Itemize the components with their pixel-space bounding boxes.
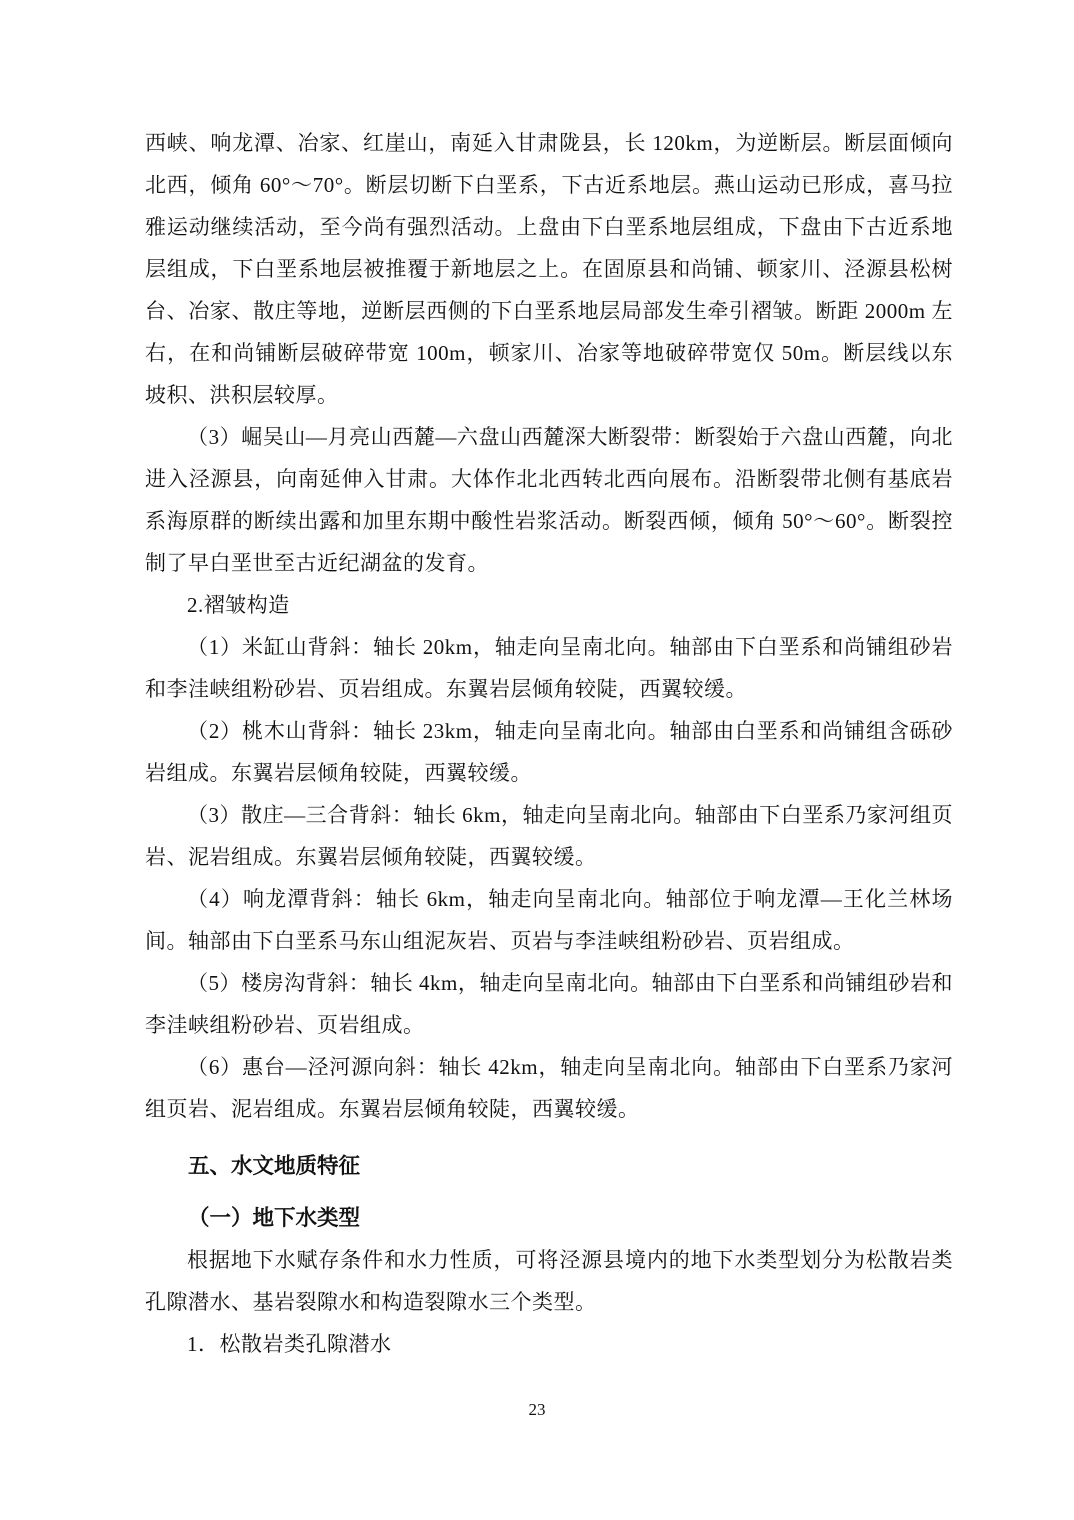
- paragraph-anticline-migangshan: （1）米缸山背斜：轴长 20km，轴走向呈南北向。轴部由下白垩系和尚铺组砂岩和李…: [145, 626, 953, 710]
- paragraph-anticline-loufanggou: （5）楼房沟背斜：轴长 4km，轴走向呈南北向。轴部由下白垩系和尚铺组砂岩和李洼…: [145, 962, 953, 1046]
- paragraph-fault-xixia-continued: 西峡、响龙潭、冶家、红崖山，南延入甘肃陇县，长 120km，为逆断层。断层面倾向…: [145, 122, 953, 416]
- paragraph-anticline-taomushan: （2）桃木山背斜：轴长 23km，轴走向呈南北向。轴部由白垩系和尚铺组含砾砂岩组…: [145, 710, 953, 794]
- paragraph-syncline-huitai-jingheyuan: （6）惠台—泾河源向斜：轴长 42km，轴走向呈南北向。轴部由下白垩系乃家河组页…: [145, 1046, 953, 1130]
- paragraph-anticline-xianglongtan: （4）响龙潭背斜：轴长 6km，轴走向呈南北向。轴部位于响龙潭—王化兰林场间。轴…: [145, 878, 953, 962]
- paragraph-fold-structure-title: 2.褶皱构造: [145, 584, 953, 626]
- paragraph-fault-juewushan: （3）崛吴山—月亮山西麓—六盘山西麓深大断裂带：断裂始于六盘山西麓，向北进入泾源…: [145, 416, 953, 584]
- paragraph-loose-rock-pore-water-title: 1．松散岩类孔隙潜水: [145, 1323, 953, 1365]
- subsection-heading-groundwater-types: （一）地下水类型: [145, 1197, 953, 1239]
- page-number: 23: [0, 1398, 1074, 1422]
- paragraph-groundwater-classification: 根据地下水赋存条件和水力性质，可将泾源县境内的地下水类型划分为松散岩类孔隙潜水、…: [145, 1239, 953, 1323]
- paragraph-anticline-sanzhuang-sanhe: （3）散庄—三合背斜：轴长 6km，轴走向呈南北向。轴部由下白垩系乃家河组页岩、…: [145, 794, 953, 878]
- document-body: 西峡、响龙潭、冶家、红崖山，南延入甘肃陇县，长 120km，为逆断层。断层面倾向…: [145, 122, 953, 1365]
- document-page: 西峡、响龙潭、冶家、红崖山，南延入甘肃陇县，长 120km，为逆断层。断层面倾向…: [0, 0, 1074, 1520]
- section-heading-hydrogeology: 五、水文地质特征: [145, 1145, 953, 1187]
